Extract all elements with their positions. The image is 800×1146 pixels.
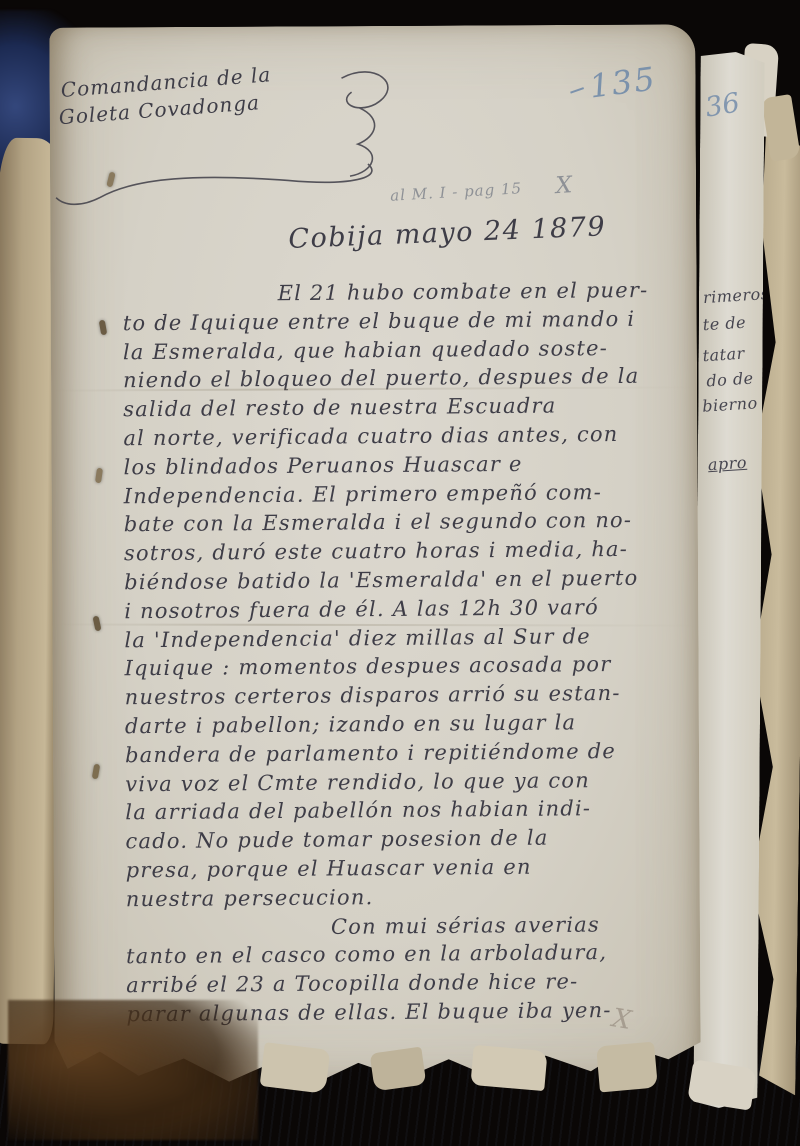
bottom-pencil-mark: X xyxy=(610,1003,633,1036)
manuscript-line: al norte, verificada cuatro dias antes, … xyxy=(123,419,691,453)
next-page-text-fragment: tatar xyxy=(702,344,745,366)
next-page-text-fragment: apro xyxy=(707,453,747,474)
manuscript-line: to de Iquique entre el buque de mi mando… xyxy=(123,304,691,338)
next-page-folio-number: 36 xyxy=(703,87,742,123)
next-page-strip: 36 rimeros te de tatar do de bierno apro xyxy=(693,52,764,1108)
next-page-text-fragment: rimeros xyxy=(702,284,769,307)
manuscript-line: nuestra persecucion. xyxy=(126,880,694,914)
photograph-of-manuscript: 36 rimeros te de tatar do de bierno apro… xyxy=(0,0,800,1146)
manuscript-page: Comandancia de la Goleta Covadonga 135 a… xyxy=(49,24,701,1085)
torn-paper-fragment xyxy=(260,1042,331,1094)
dateline: Cobija mayo 24 1879 xyxy=(288,211,607,255)
manuscript-line: i nosotros fuera de él. A las 12h 30 var… xyxy=(124,592,692,626)
manuscript-line: los blindados Peruanos Huascar e xyxy=(123,448,691,482)
letterhead: Comandancia de la Goleta Covadonga xyxy=(60,61,274,131)
manuscript-line: darte i pabellon; izando en su lugar la xyxy=(125,707,693,741)
torn-paper-fragment xyxy=(470,1045,547,1091)
manuscript-line: Con mui sérias averias xyxy=(331,909,694,941)
next-page-text-fragment: do de xyxy=(706,369,754,391)
decayed-paper-area xyxy=(8,1000,258,1140)
folio-number: 135 xyxy=(567,59,658,108)
pencil-x-mark: X xyxy=(555,172,574,199)
manuscript-line: bandera de parlamento i repitiéndome de xyxy=(125,736,693,770)
next-page-text-fragment: bierno xyxy=(702,393,759,415)
torn-paper-fragment xyxy=(370,1047,427,1092)
manuscript-line: presa, porque el Huascar venia en xyxy=(126,851,694,885)
torn-paper-fragment xyxy=(596,1042,658,1093)
manuscript-line: El 21 hubo combate en el puer- xyxy=(278,276,691,308)
pencil-annotation: al M. I - pag 15 X xyxy=(389,172,573,208)
pencil-annotation-text: al M. I - pag 15 xyxy=(390,179,523,205)
manuscript-line: biéndose batido la 'Esmeralda' en el pue… xyxy=(124,563,692,597)
next-page-text-fragment: te de xyxy=(702,313,746,335)
